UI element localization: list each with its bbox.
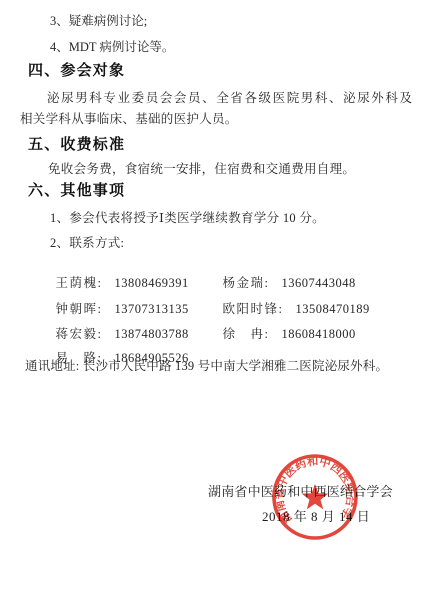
other-item-1: 1、参会代表将授予Ⅰ类医学继续教育学分 10 分。	[50, 210, 325, 226]
section-heading-participants: 四、参会对象	[28, 63, 125, 79]
fees-paragraph: 免收会务费，食宿统一安排，住宿费和交通费用自理。	[48, 161, 355, 177]
participants-paragraph-line-2: 相关学科从事临床、基础的医护人员。	[20, 111, 238, 127]
contact-row: 钟朝晖:13707313135欧阳时锋:13508470189	[43, 285, 433, 301]
official-seal: 湖南省中医药和中西医结合学会	[260, 442, 370, 552]
section-heading-fees: 五、收费标准	[28, 137, 125, 153]
section-heading-other: 六、其他事项	[28, 183, 125, 199]
contact-row: 易 路:18684905526	[43, 334, 433, 350]
star-icon	[302, 484, 329, 509]
contact-row: 蒋宏毅:13874803788徐 冉:18608418000	[43, 310, 433, 326]
agenda-item-3: 3、疑难病例讨论;	[50, 13, 147, 29]
notice-document-page: 3、疑难病例讨论; 4、MDT 病例讨论等。 四、参会对象 泌尿男科专业委员会会…	[0, 0, 446, 596]
contact-row: 王荫槐:13808469391杨金瑞:13607443048	[43, 259, 433, 275]
agenda-item-4: 4、MDT 病例讨论等。	[50, 39, 174, 55]
other-item-2: 2、联系方式:	[50, 235, 124, 251]
participants-paragraph-line-1: 泌尿男科专业委员会会员、全省各级医院男科、泌尿外科及	[47, 90, 414, 106]
mailing-address: 通讯地址: 长沙市人民中路 139 号中南大学湘雅二医院泌尿外科。	[25, 358, 388, 374]
